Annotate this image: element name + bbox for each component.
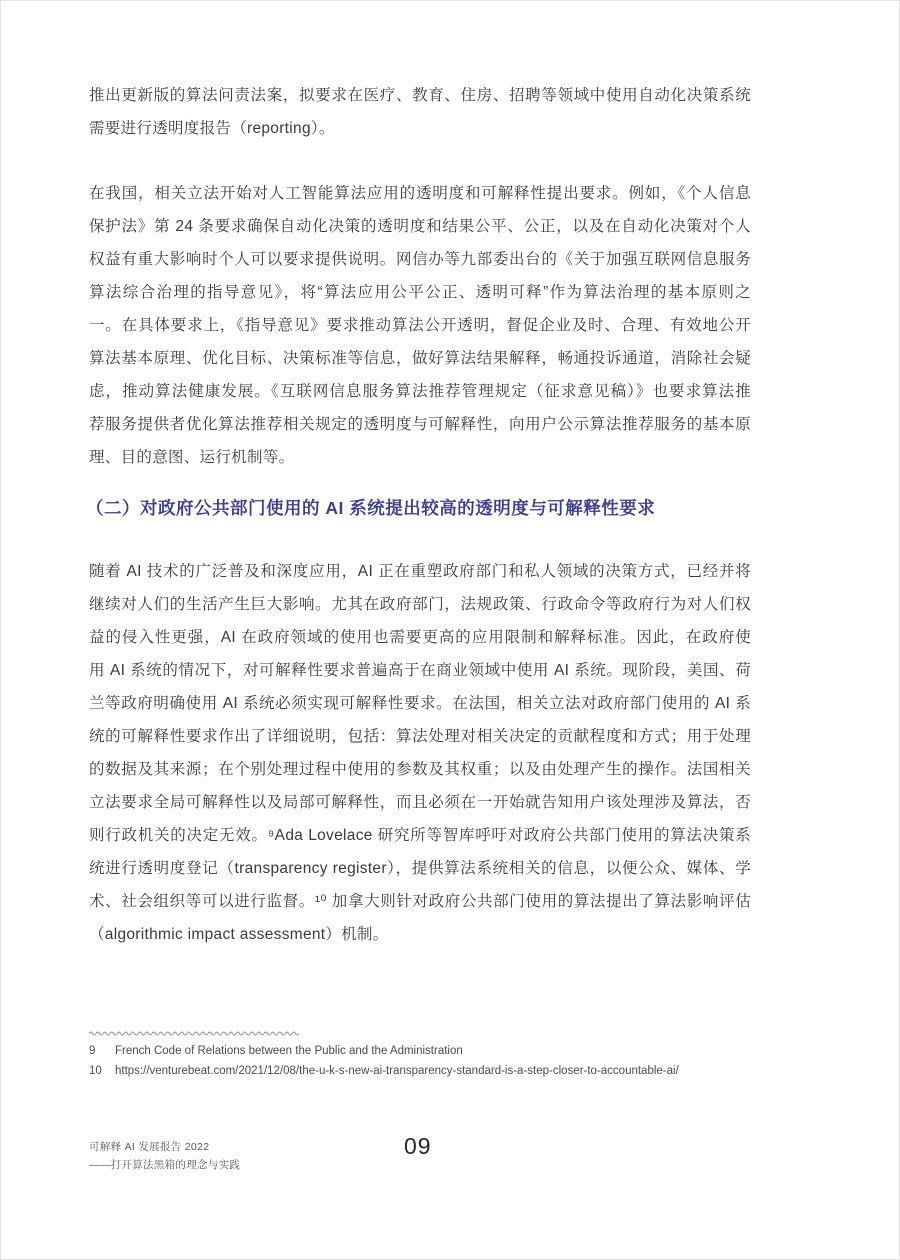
paragraph-line: 随着 AI 技术的广泛普及和深度应用，AI 正在重塑政府部门和私人领域的决策方式… [89,555,751,588]
footnote-number: 10 [89,1061,115,1081]
section-heading: （二）对政府公共部门使用的 AI 系统提出较高的透明度与可解释性要求 [86,495,786,520]
page-number: 09 [404,1133,432,1160]
footnote-number: 9 [89,1041,115,1061]
report-page: 推出更新版的算法问责法案，拟要求在医疗、教育、住房、招聘等领域中使用自动化决策系… [0,0,900,1260]
paragraph-line: 益的侵入性更强，AI 在政府领域的使用也需要更高的应用限制和解释标准。因此，在政… [89,621,751,654]
paragraph-line: 需要进行透明度报告（reporting）。 [89,112,751,145]
footer-report-subtitle: ——打开算法黑箱的理念与实践 [89,1157,240,1175]
paragraph-line: 一。在具体要求上，《指导意见》要求推动算法公开透明，督促企业及时、合理、有效地公… [89,309,751,342]
footnotes-section: 9French Code of Relations between the Pu… [89,1029,789,1081]
paragraph-line: （algorithmic impact assessment）机制。 [89,918,751,951]
footnote-item: 10https://venturebeat.com/2021/12/08/the… [89,1061,789,1081]
paragraph-line: 术、社会组织等可以进行监督。¹⁰ 加拿大则针对政府公共部门使用的算法提出了算法影… [89,885,751,918]
footnote-text: French Code of Relations between the Pub… [115,1041,789,1061]
paragraph-line: 兰等政府明确使用 AI 系统必须实现可解释性要求。在法国，相关立法对政府部门使用… [89,687,751,720]
paragraph-line: 荐服务提供者优化算法推荐相关规定的透明度与可解释性，向用户公示算法推荐服务的基本… [89,408,751,441]
footer-report-title: 可解释 AI 发展报告 2022 [89,1139,240,1157]
paragraph-1: 推出更新版的算法问责法案，拟要求在医疗、教育、住房、招聘等领域中使用自动化决策系… [89,79,751,145]
paragraph-line: 虑，推动算法健康发展。《互联网信息服务算法推荐管理规定（征求意见稿）》也要求算法… [89,375,751,408]
paragraph-line: 统的可解释性要求作出了详细说明，包括：算法处理对相关决定的贡献程度和方式；用于处… [89,720,751,753]
paragraph-3: 随着 AI 技术的广泛普及和深度应用，AI 正在重塑政府部门和私人领域的决策方式… [89,555,751,951]
paragraph-line: 则行政机关的决定无效。⁹Ada Lovelace 研究所等智库呼吁对政府公共部门… [89,819,751,852]
footnote-list: 9French Code of Relations between the Pu… [89,1041,789,1081]
paragraph-line: 算法综合治理的指导意见》，将“算法应用公平公正、透明可释”作为算法治理的基本原则… [89,276,751,309]
paragraph-line: 保护法》第 24 条要求确保自动化决策的透明度和结果公平、公正，以及在自动化决策… [89,210,751,243]
footnote-text: https://venturebeat.com/2021/12/08/the-u… [115,1061,789,1081]
page-footer: 可解释 AI 发展报告 2022 ——打开算法黑箱的理念与实践 [89,1139,240,1174]
paragraph-line: 权益有重大影响时个人可以要求提供说明。网信办等九部委出台的《关于加强互联网信息服… [89,243,751,276]
paragraph-line: 的数据及其来源；在个别处理过程中使用的参数及其权重；以及由处理产生的操作。法国相… [89,753,751,786]
footnote-wavy-separator [89,1029,299,1036]
paragraph-2: 在我国，相关立法开始对人工智能算法应用的透明度和可解释性提出要求。例如，《个人信… [89,177,751,474]
paragraph-line: 用 AI 系统的情况下，对可解释性要求普遍高于在商业领域中使用 AI 系统。现阶… [89,654,751,687]
footnote-item: 9French Code of Relations between the Pu… [89,1041,789,1061]
paragraph-line: 继续对人们的生活产生巨大影响。尤其在政府部门，法规政策、行政命令等政府行为对人们… [89,588,751,621]
paragraph-line: 统进行透明度登记（transparency register），提供算法系统相关… [89,852,751,885]
paragraph-line: 理、目的意图、运行机制等。 [89,441,751,474]
paragraph-line: 算法基本原理、优化目标、决策标准等信息，做好算法结果解释，畅通投诉通道，消除社会… [89,342,751,375]
paragraph-line: 在我国，相关立法开始对人工智能算法应用的透明度和可解释性提出要求。例如，《个人信… [89,177,751,210]
paragraph-line: 推出更新版的算法问责法案，拟要求在医疗、教育、住房、招聘等领域中使用自动化决策系… [89,79,751,112]
paragraph-line: 立法要求全局可解释性以及局部可解释性，而且必须在一开始就告知用户该处理涉及算法，… [89,786,751,819]
